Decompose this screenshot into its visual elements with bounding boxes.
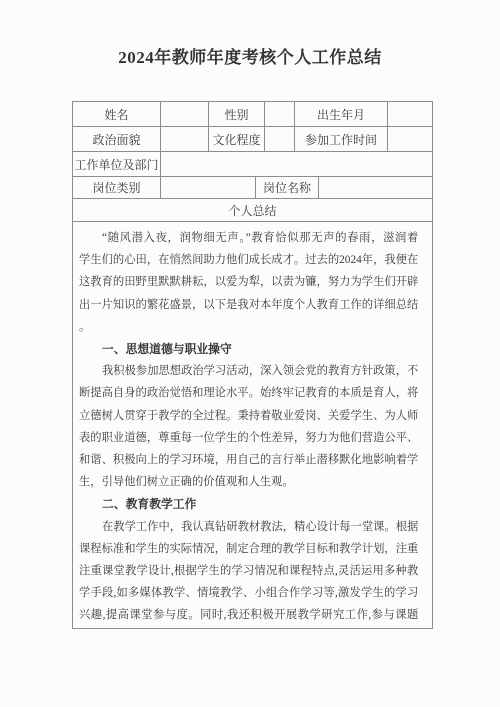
summary-line: 在教学工作中，我认真钻研教材教法，精心设计每一堂课。根据 xyxy=(79,516,418,538)
post-name-label: 岗位名称 xyxy=(255,177,318,198)
summary-line: 我积极参加思想政治学习活动，深入领会党的教育方针政策，不 xyxy=(79,360,418,382)
political-status-value xyxy=(160,127,208,151)
table-row: 个人总结 xyxy=(73,198,432,221)
summary-line: 兴趣,提高课堂参与度。同时,我还积极开展教学研究工作,参与课题 xyxy=(79,604,418,626)
table-row: 姓名 性别 出生年月 xyxy=(73,102,432,126)
summary-line: 和谐、积极向上的学习环境，用自己的言行举止潜移默化地影响着学 xyxy=(79,449,418,471)
gender-label: 性别 xyxy=(208,102,264,126)
name-label: 姓名 xyxy=(73,102,160,126)
table-row: 政治面貌 文化程度 参加工作时间 xyxy=(73,126,432,151)
summary-section-heading: 一、思想道德与职业操守 xyxy=(79,338,418,360)
summary-line: 学手段,如多媒体教学、情境教学、小组合作学习等,激发学生的学习 xyxy=(79,582,418,604)
name-value xyxy=(160,102,208,126)
summary-line: 。 xyxy=(79,316,418,338)
document-page: 2024年教师年度考核个人工作总结 姓名 性别 出生年月 政治面貌 文化程度 参… xyxy=(0,0,500,707)
summary-line: 断提高自身的政治觉悟和理论水平。始终牢记教育的本质是育人，将 xyxy=(79,382,418,404)
gender-value xyxy=(264,102,294,126)
table-row: 岗位类别 岗位名称 xyxy=(73,176,432,198)
table-row: “随风潜入夜，润物细无声。”教育恰似那无声的春雨，滋润着学生们的心田，在悄然间助… xyxy=(73,221,432,628)
summary-line: 立德树人贯穿于教学的全过程。秉持着敬业爱岗、关爱学生、为人师 xyxy=(79,405,418,427)
education-level-label: 文化程度 xyxy=(208,127,264,151)
summary-line: 表的职业道德，尊重每一位学生的个性差异，努力为他们营造公平、 xyxy=(79,427,418,449)
personal-info-table: 姓名 性别 出生年月 政治面貌 文化程度 参加工作时间 工作单位及部门 岗位类别… xyxy=(72,101,433,629)
summary-section-heading: 二、教育教学工作 xyxy=(79,493,418,515)
post-category-value xyxy=(160,177,255,198)
post-name-value xyxy=(318,177,432,198)
summary-line: 这教育的田野里默默耕耘，以爱为犁，以责为镰，努力为学生们开辟 xyxy=(79,271,418,293)
birth-date-label: 出生年月 xyxy=(294,102,387,126)
summary-line: “随风潜入夜，润物细无声。”教育恰似那无声的春雨，滋润着 xyxy=(79,227,418,249)
work-unit-department-value xyxy=(160,152,432,176)
post-category-label: 岗位类别 xyxy=(73,177,160,198)
education-level-value xyxy=(264,127,294,151)
work-start-date-value xyxy=(387,127,432,151)
political-status-label: 政治面貌 xyxy=(73,127,160,151)
summary-line: 学生们的心田，在悄然间助力他们成长成才。过去的2024年，我便在 xyxy=(79,249,418,271)
work-unit-department-label: 工作单位及部门 xyxy=(73,152,160,176)
table-row: 工作单位及部门 xyxy=(73,151,432,176)
birth-date-value xyxy=(387,102,432,126)
summary-line: 出一片知识的繁花盛景，以下是我对本年度个人教育工作的详细总结 xyxy=(79,294,418,316)
personal-summary-body: “随风潜入夜，润物细无声。”教育恰似那无声的春雨，滋润着学生们的心田，在悄然间助… xyxy=(73,222,424,628)
summary-line: 生，引导他们树立正确的价值观和人生观。 xyxy=(79,471,418,493)
summary-line: 课程标准和学生的实际情况，制定合理的教学目标和教学计划，注重 xyxy=(79,538,418,560)
work-start-date-label: 参加工作时间 xyxy=(294,127,387,151)
document-title: 2024年教师年度考核个人工作总结 xyxy=(0,43,500,68)
personal-summary-header: 个人总结 xyxy=(73,199,432,221)
summary-line: 注重课堂教学设计,根据学生的学习情况和课程特点,灵活运用多种教 xyxy=(79,560,418,582)
